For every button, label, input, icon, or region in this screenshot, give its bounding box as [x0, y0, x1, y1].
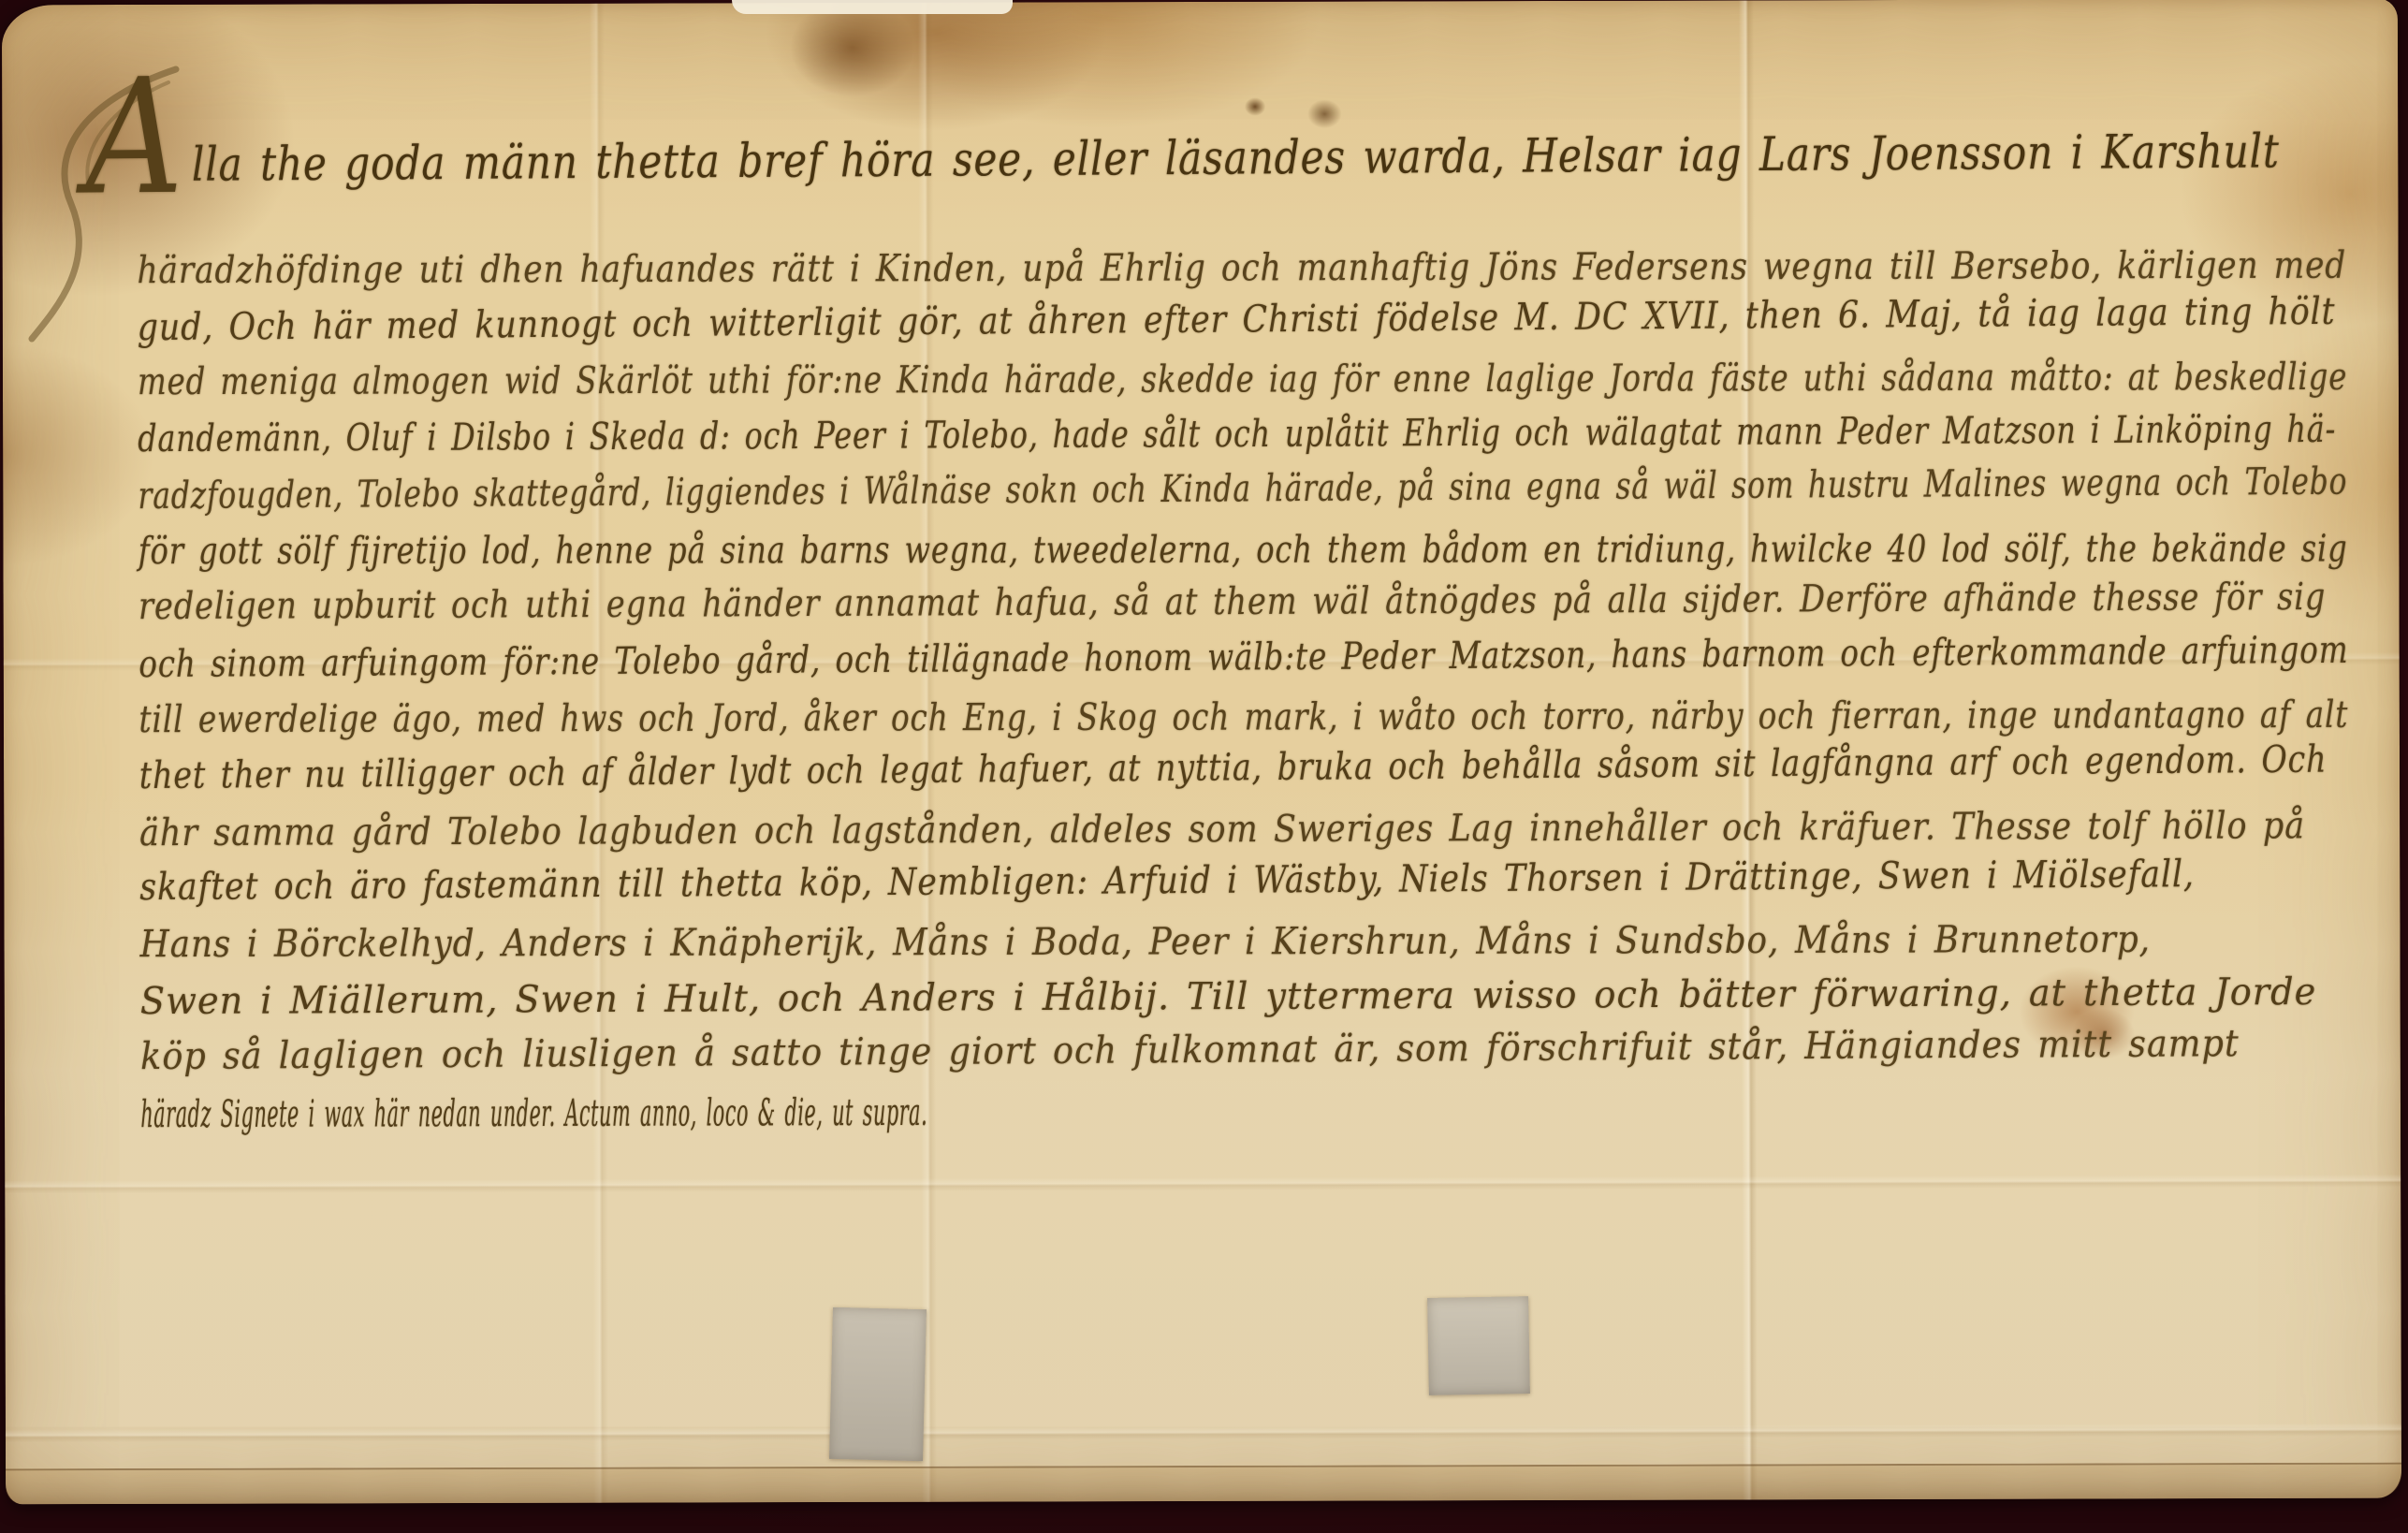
manuscript-line: med meniga almogen wid Skärlöt uthi för:…	[138, 350, 1932, 410]
manuscript-line: skaftet och äro fastemänn till thetta kö…	[139, 847, 2060, 915]
manuscript-line: för gott sölf fijretijo lod, henne på si…	[139, 521, 1919, 579]
manuscript-line: Hans i Börckelhyd, Anders i Knäpherijk, …	[139, 912, 2118, 972]
fold-crease-horizontal-middle	[5, 1175, 2401, 1194]
manuscript-line: redeligen upburit och uthi egna händer a…	[139, 570, 1998, 635]
manuscript-line: och sinom arfuingom för:ne Tolebo gård, …	[139, 625, 1944, 693]
photo-background: { "manuscript": { "lines": [ "Alla the g…	[0, 0, 2408, 1533]
fold-crease-horizontal-lower	[6, 1423, 2401, 1443]
bottom-fold-edge	[6, 1463, 2401, 1505]
manuscript-line: Alla the goda männ thetta bref höra see,…	[136, 75, 2003, 242]
tape-piece-right	[1427, 1296, 1530, 1395]
manuscript-line: radzfougden, Tolebo skattegård, liggiend…	[138, 457, 1872, 524]
photo-frame: Alla the goda männ thetta bref höra see,…	[0, 0, 2408, 1533]
manuscript-line: häradz Signete i wax här nedan under. Ac…	[140, 1084, 1290, 1143]
tape-piece-left	[829, 1307, 927, 1461]
manuscript-line: köp så lagligen och liusligen å satto ti…	[140, 1016, 2170, 1086]
illuminated-initial: A	[86, 138, 184, 139]
background-gap	[732, 0, 1013, 14]
manuscript-text: Alla the goda männ thetta bref höra see,…	[137, 78, 2351, 1141]
